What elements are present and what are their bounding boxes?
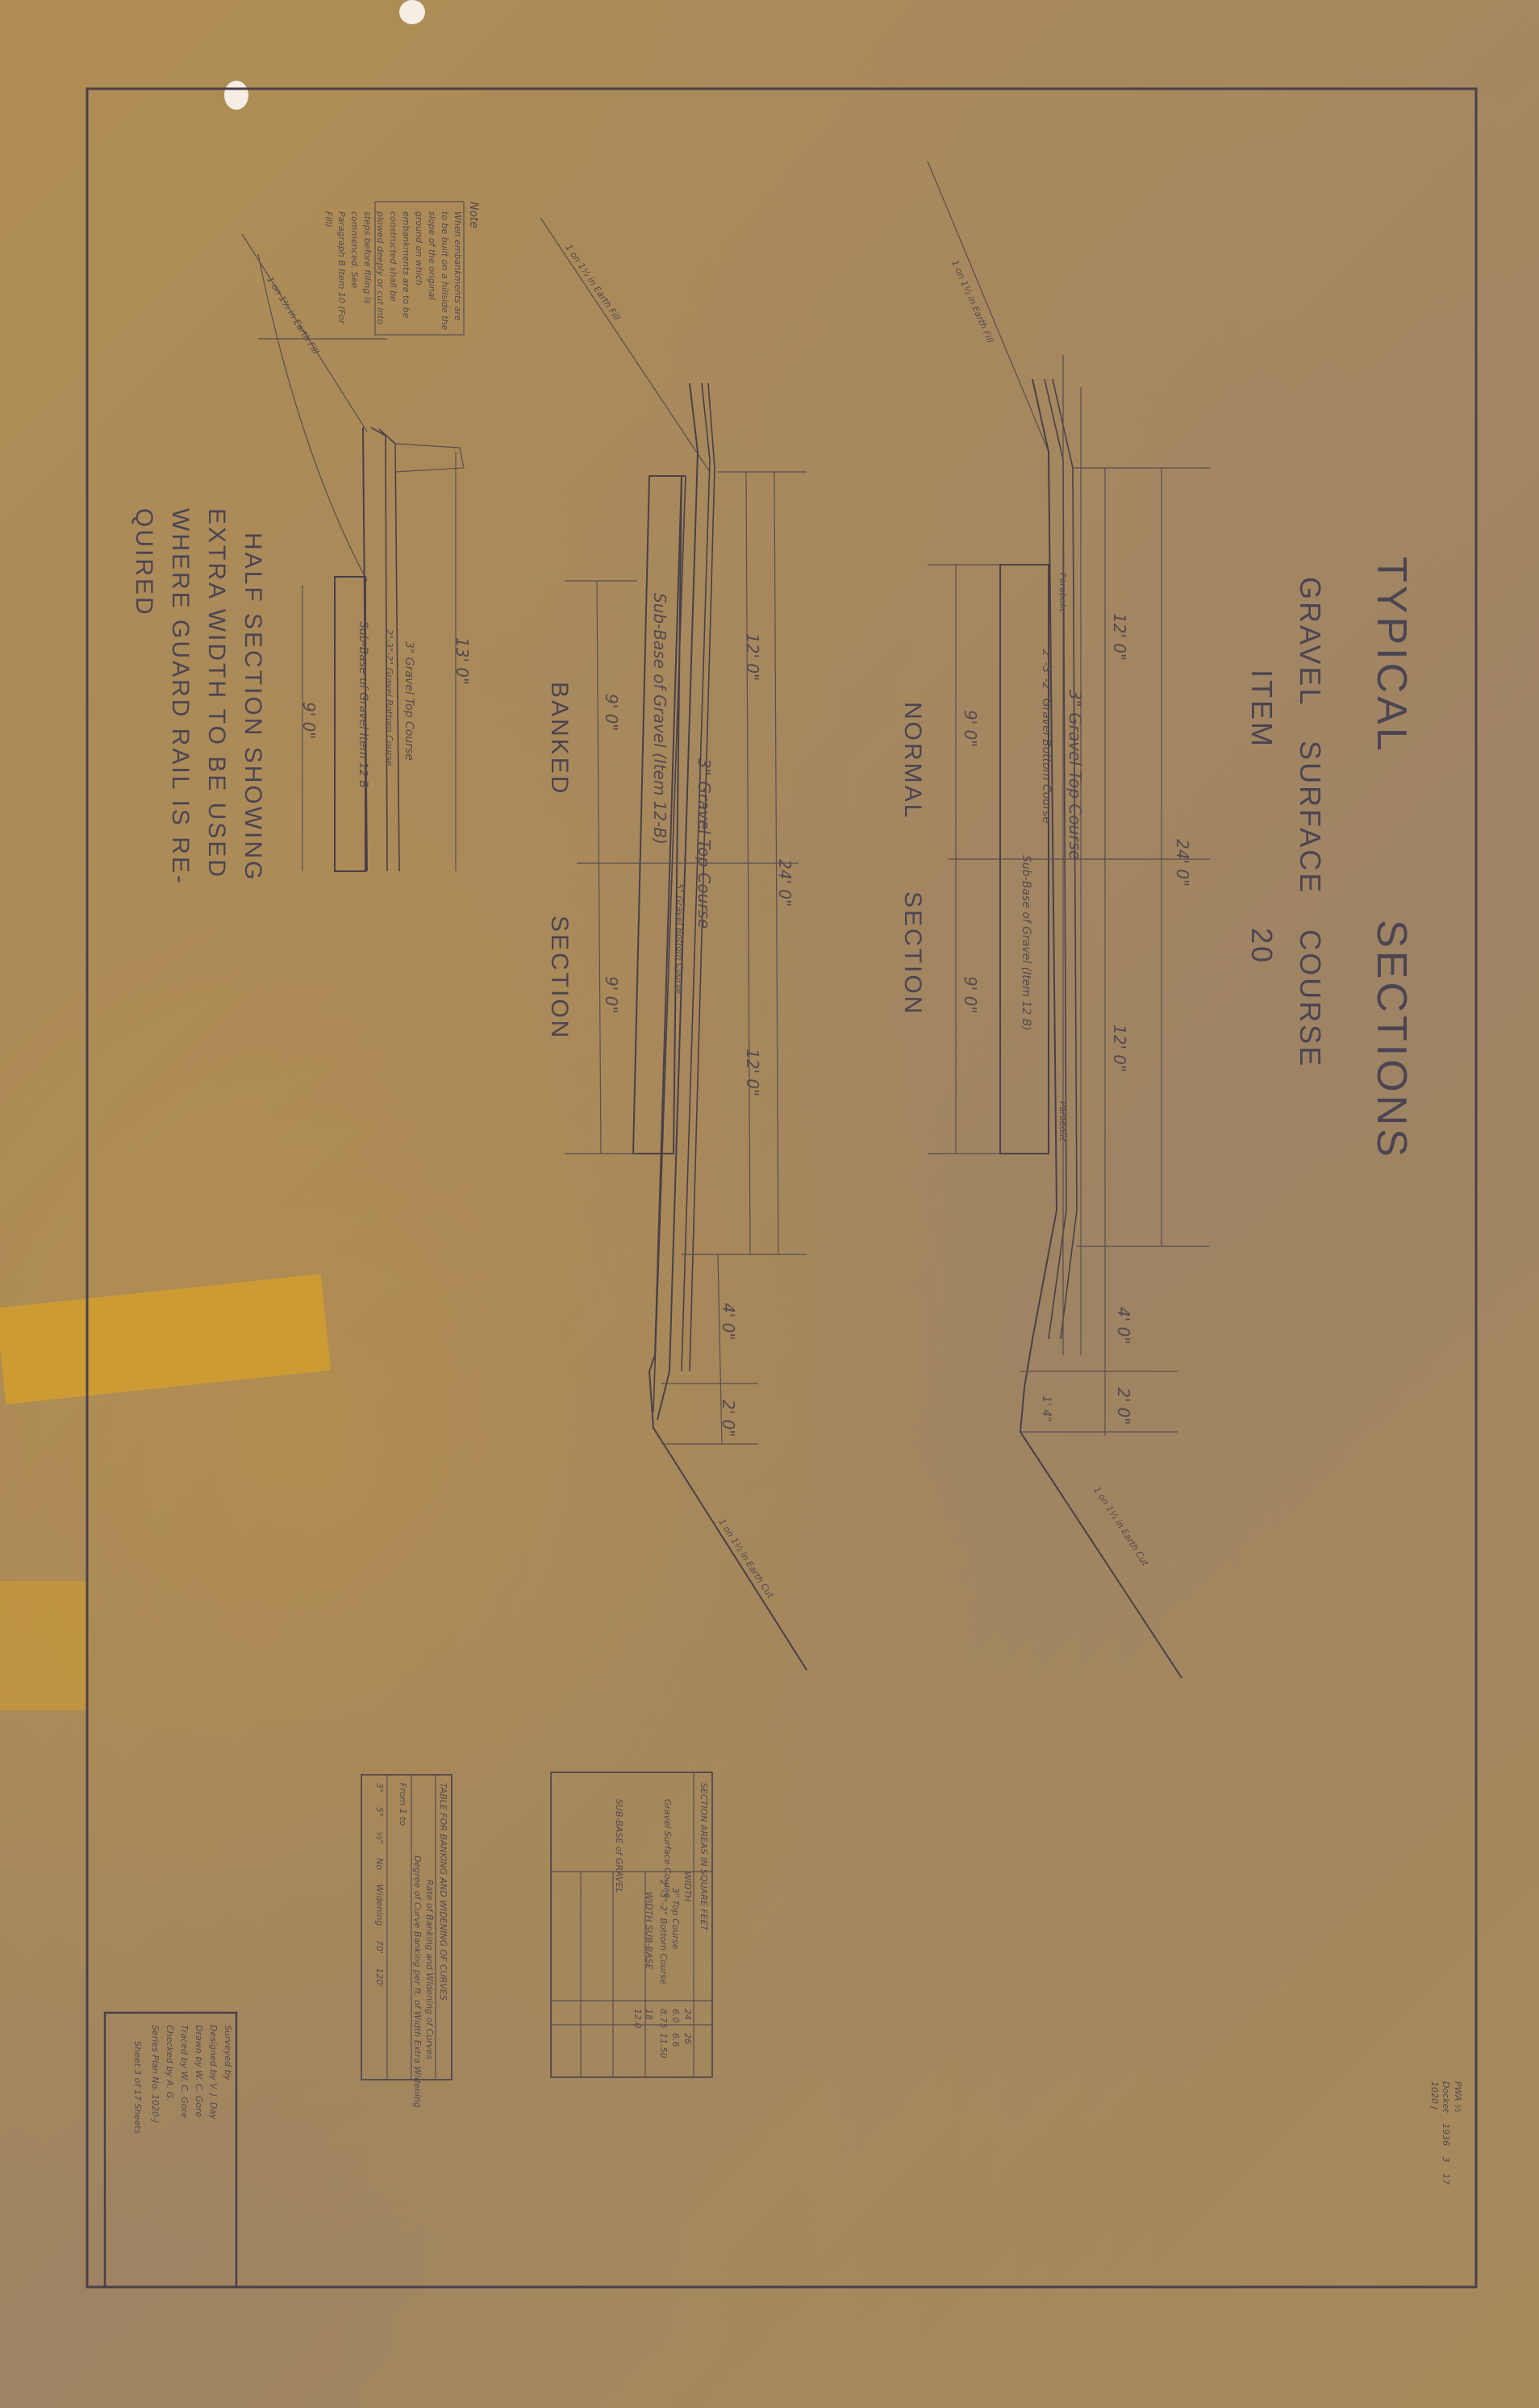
section-areas-val-1: 26 bbox=[681, 2033, 694, 2044]
stamp-line-2: 1020 J bbox=[1428, 2081, 1441, 2110]
normal-label-subbase: Sub-Base of Gravel (Item 12 B) bbox=[1020, 855, 1032, 1031]
banking-line-1: Degree of Curve Banking per ft. of Width… bbox=[411, 1855, 423, 2108]
title-block-line-1: Designed by V. J. Day bbox=[206, 2025, 219, 2119]
normal-section-drawing bbox=[928, 161, 1210, 1678]
banked-dim-subbase-right: 9' 0" bbox=[602, 976, 621, 1014]
title-block-line-2: Drawn by W. C. Gore bbox=[192, 2025, 205, 2117]
drawing-subtitle: GRAVEL SURFACE COURSE bbox=[1293, 577, 1327, 1068]
half-label-top-course: 3" Gravel Top Course bbox=[402, 641, 415, 761]
title-block-line-5: Series Plan No. 1020-J bbox=[148, 2025, 161, 2122]
normal-section-label-1: NORMAL bbox=[899, 702, 926, 820]
half-section-caption-2: EXTRA WIDTH TO BE USED bbox=[202, 508, 230, 879]
drawing-title-part1: TYPICAL bbox=[1367, 557, 1416, 754]
section-areas-val-7: 12.0 bbox=[631, 2009, 644, 2029]
stamp-line-0: PWA ½ bbox=[1451, 2081, 1464, 2113]
banked-dim-shoulder: 4' 0" bbox=[719, 1303, 738, 1341]
half-label-subbase: Sub-Base of Gravel Item 12 B bbox=[357, 621, 369, 788]
normal-label-parabolic-left: Parabolic bbox=[1056, 573, 1069, 614]
item-number: 20 bbox=[1245, 928, 1278, 965]
normal-label-parabolic-right: Parabolic bbox=[1056, 1101, 1069, 1142]
section-areas-val-3: 6.6 bbox=[669, 2033, 682, 2047]
banked-section-label-2: SECTION bbox=[545, 916, 573, 1040]
banking-line-2: From 1 to bbox=[396, 1783, 409, 1826]
banked-dim-half-right: 12' 0" bbox=[743, 1049, 762, 1096]
section-areas-header: WIDTH bbox=[681, 1872, 694, 1902]
note-heading: Note bbox=[467, 202, 480, 228]
half-section-caption-4: QUIRED bbox=[130, 508, 157, 617]
normal-label-top-course: 3" Gravel Top Course bbox=[1066, 690, 1085, 860]
stamp-line-1: Docket 1936 3 17 bbox=[1439, 2081, 1452, 2185]
normal-dim-half-left: 12' 0" bbox=[1110, 613, 1129, 661]
banked-dim-ditch: 2' 0" bbox=[719, 1400, 738, 1438]
title-block-line-6: Sheet 3 of 17 Sheets bbox=[131, 2041, 144, 2134]
normal-dim-total: 24' 0" bbox=[1173, 839, 1192, 887]
section-areas-val-5: 11.50 bbox=[657, 2033, 669, 2059]
section-areas-val-2: 6.0 bbox=[669, 2009, 682, 2023]
section-areas-val-6: 18 bbox=[642, 2009, 655, 2020]
banked-label-top-course: 3" Gravel Top Course bbox=[694, 758, 714, 929]
banking-table-title: TABLE FOR BANKING AND WIDENING OF CURVES bbox=[436, 1783, 449, 2001]
drawing-title-part2: SECTIONS bbox=[1367, 920, 1416, 1160]
half-section-caption-3: WHERE GUARD RAIL IS RE- bbox=[166, 508, 194, 886]
banked-dim-total: 24' 0" bbox=[775, 859, 795, 907]
section-areas-row-0-label: Gravel Surface Course bbox=[661, 1799, 674, 1898]
section-areas-title: SECTION AREAS IN SQUARE FEET bbox=[697, 1783, 710, 1930]
banked-dim-half-left: 12' 0" bbox=[743, 633, 762, 681]
normal-label-bottom-course: 2"-3"-2" Gravel Bottom Course bbox=[1040, 649, 1053, 824]
section-areas-val-4: 8.75 bbox=[657, 2009, 669, 2029]
banked-label-subbase: Sub-Base of Gravel (Item 12-B) bbox=[650, 593, 669, 845]
banked-section-label-1: BANKED bbox=[545, 682, 573, 795]
item-label: ITEM bbox=[1245, 670, 1278, 749]
banked-label-bottom-course: 5" Gravel Bottom Course bbox=[673, 883, 686, 994]
title-block-line-0: Surveyed by bbox=[221, 2025, 234, 2080]
title-block-line-3: Traced by W. C. Gore bbox=[177, 2025, 190, 2118]
half-dim-total: 13' 0" bbox=[453, 637, 472, 685]
normal-dim-subbase-left: 9' 0" bbox=[961, 710, 980, 748]
half-section-caption-1: HALF SECTION SHOWING bbox=[239, 532, 266, 882]
banking-line-0: Rate of Banking and Widening of Curves bbox=[423, 1880, 436, 2060]
normal-dim-ditch-depth: 1' 4" bbox=[1040, 1396, 1053, 1422]
section-areas-row-3-desc: WIDTH SUB-BASE bbox=[642, 1892, 655, 1969]
banked-dim-subbase-left: 9' 0" bbox=[602, 694, 621, 732]
normal-dim-shoulder: 4' 0" bbox=[1114, 1307, 1133, 1345]
banking-line-3: 3° 5° ½" No Widening 70' 120' bbox=[373, 1783, 386, 1987]
half-dim-subbase: 9' 0" bbox=[299, 702, 319, 740]
normal-dim-half-right: 12' 0" bbox=[1110, 1025, 1129, 1072]
normal-dim-ditch: 2' 0" bbox=[1114, 1388, 1133, 1425]
note-text: When embankments are to be built on a hi… bbox=[322, 211, 464, 332]
section-areas-val-0: 24 bbox=[681, 2009, 694, 2020]
normal-dim-subbase-right: 9' 0" bbox=[961, 976, 980, 1014]
normal-section-label-2: SECTION bbox=[899, 891, 926, 1016]
section-areas-row-4-label: SUB-BASE of GRAVEL bbox=[612, 1799, 625, 1893]
half-label-bottom-course: 2"-3"-2" Gravel Bottom Course bbox=[382, 629, 395, 766]
title-block-line-4: Checked by A. G. bbox=[163, 2025, 176, 2101]
